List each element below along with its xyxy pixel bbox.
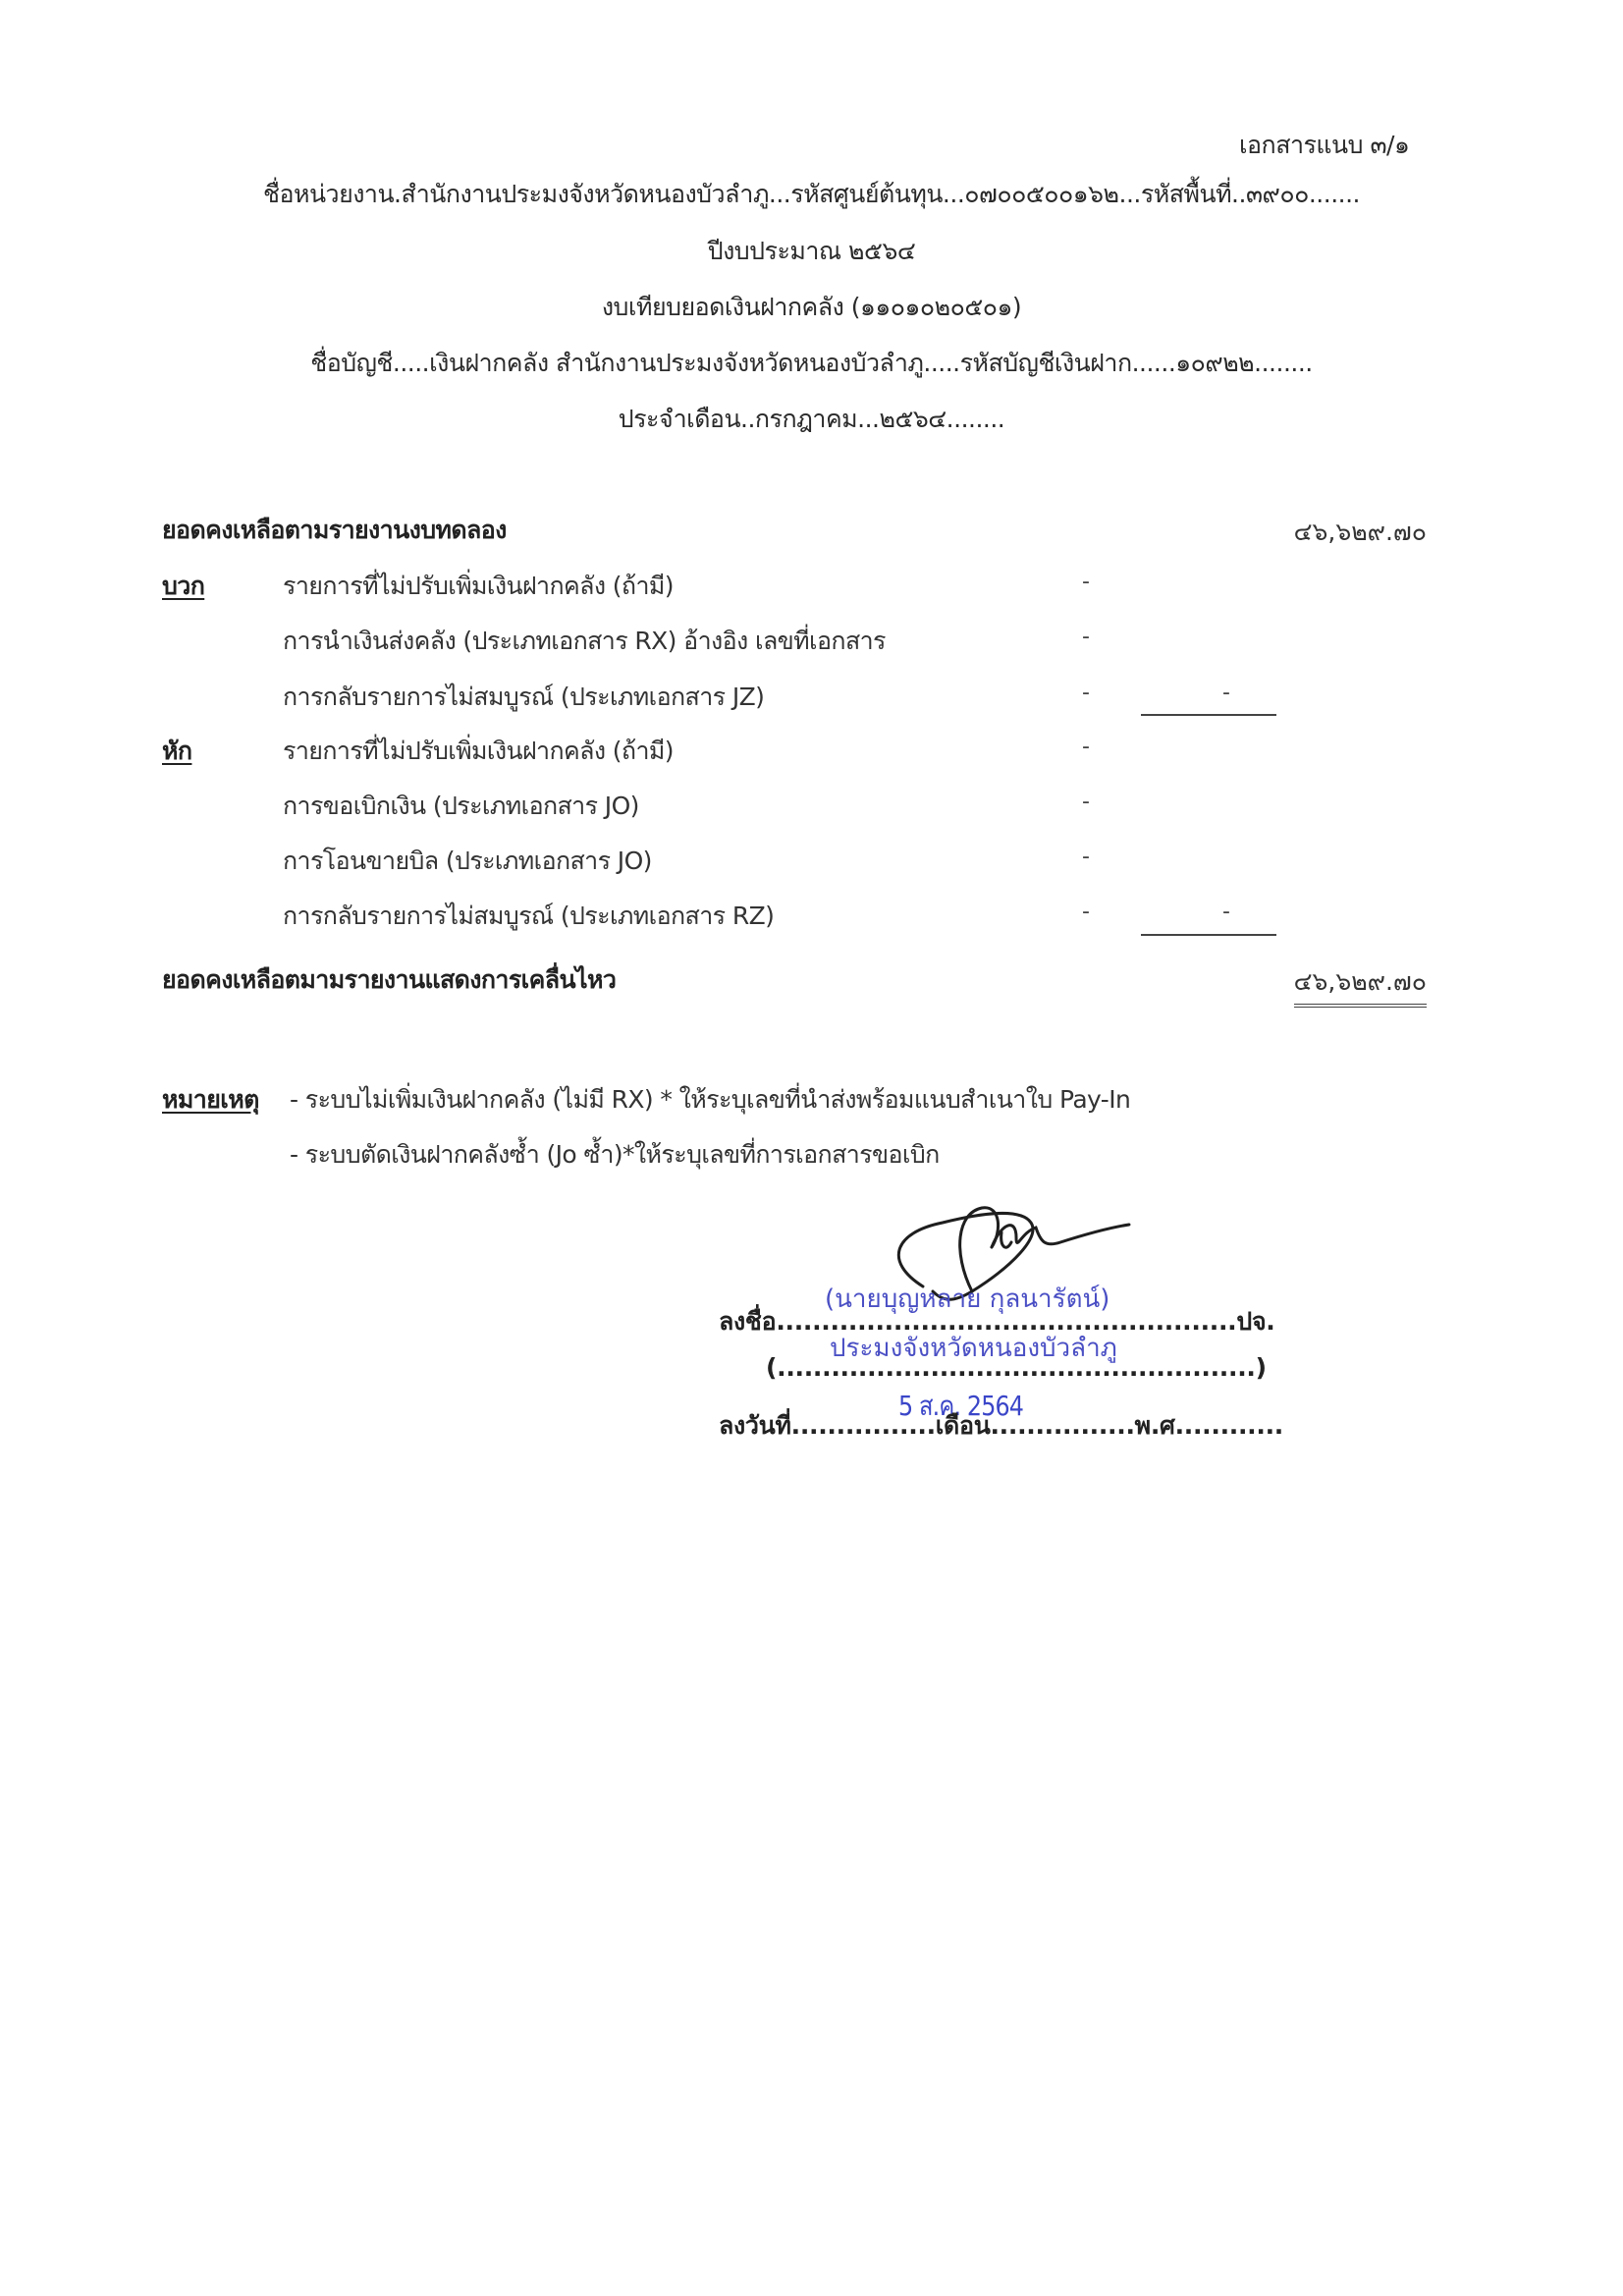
date-dots: ................ <box>990 1411 1134 1440</box>
less-subtotal-rule <box>1141 934 1276 936</box>
opening-balance-label: ยอดคงเหลือตามรายงานงบทดลอง <box>162 511 507 550</box>
less-item-amount: - <box>1082 735 1090 759</box>
sign-suffix: ปจ. <box>1236 1307 1274 1336</box>
add-item: การนำเงินส่งคลัง (ประเภทเอกสาร RX) อ้างอ… <box>283 622 886 661</box>
notes-label: หมายเหตุ <box>162 1080 259 1120</box>
note-line: - ระบบตัดเงินฝากคลังซ้ำ (Jo ซ้ำ)*ให้ระบุ… <box>290 1135 940 1175</box>
attachment-label: เอกสารแนบ ๓/๑ <box>1239 126 1409 165</box>
date-label: ลงวันที่ <box>719 1411 791 1440</box>
statement-title: งบเทียบยอดเงินฝากคลัง (๑๑๐๑๐๒๐๕๐๑) <box>0 288 1623 327</box>
add-subtotal: - <box>1222 681 1230 705</box>
add-item-amount: - <box>1082 625 1090 649</box>
add-item-amount: - <box>1082 570 1090 594</box>
less-item-amount: - <box>1082 845 1090 869</box>
less-label: หัก <box>162 732 191 771</box>
add-item: รายการที่ไม่ปรับเพิ่มเงินฝากคลัง (ถ้ามี) <box>283 567 674 606</box>
less-item: การโอนขายบิล (ประเภทเอกสาร JO) <box>283 842 652 881</box>
add-item-amount: - <box>1082 681 1090 705</box>
less-item-amount: - <box>1082 900 1090 924</box>
account-line: ชื่อบัญชี.....เงินฝากคลัง สำนักงานประมงจ… <box>0 344 1623 383</box>
fiscal-year: ปีงบประมาณ ๒๕๖๔ <box>0 232 1623 271</box>
less-item: การขอเบิกเงิน (ประเภทเอกสาร JO) <box>283 787 639 826</box>
unit-line: ชื่อหน่วยงาน.สำนักงานประมงจังหวัดหนองบัว… <box>0 175 1623 214</box>
paren-dots: ........................................… <box>777 1353 1255 1382</box>
closing-balance-label: ยอดคงเหลือตมามรายงานแสดงการเคลื่นไหว <box>162 960 616 1000</box>
position-line: (.......................................… <box>766 1353 1267 1382</box>
add-label: บวก <box>162 567 204 606</box>
date-dots: ................ <box>791 1411 936 1440</box>
closing-balance-value: ๔๖,๖๒๙.๗๐ <box>1294 962 1427 1008</box>
month-line: ประจำเดือน..กรกฎาคม...๒๕๖๔........ <box>0 400 1623 439</box>
less-item-amount: - <box>1082 790 1090 814</box>
date-dots: ............ <box>1175 1411 1283 1440</box>
year-label: พ.ศ <box>1135 1411 1175 1440</box>
opening-balance-value: ๔๖,๖๒๙.๗๐ <box>1294 513 1427 552</box>
note-line: - ระบบไม่เพิ่มเงินฝากคลัง (ไม่มี RX) * ใ… <box>290 1080 1130 1120</box>
date-line: ลงวันที่................เดือน...........… <box>719 1406 1283 1446</box>
add-subtotal-rule <box>1141 714 1276 716</box>
open-paren: ( <box>766 1353 777 1382</box>
close-paren: ) <box>1256 1353 1267 1382</box>
less-item: รายการที่ไม่ปรับเพิ่มเงินฝากคลัง (ถ้ามี) <box>283 732 674 771</box>
month-label: เดือน <box>936 1411 991 1440</box>
less-item: การกลับรายการไม่สมบูรณ์ (ประเภทเอกสาร RZ… <box>283 897 774 936</box>
add-item: การกลับรายการไม่สมบูรณ์ (ประเภทเอกสาร JZ… <box>283 678 764 717</box>
less-subtotal: - <box>1222 900 1230 924</box>
sign-label: ลงชื่อ <box>719 1307 776 1336</box>
